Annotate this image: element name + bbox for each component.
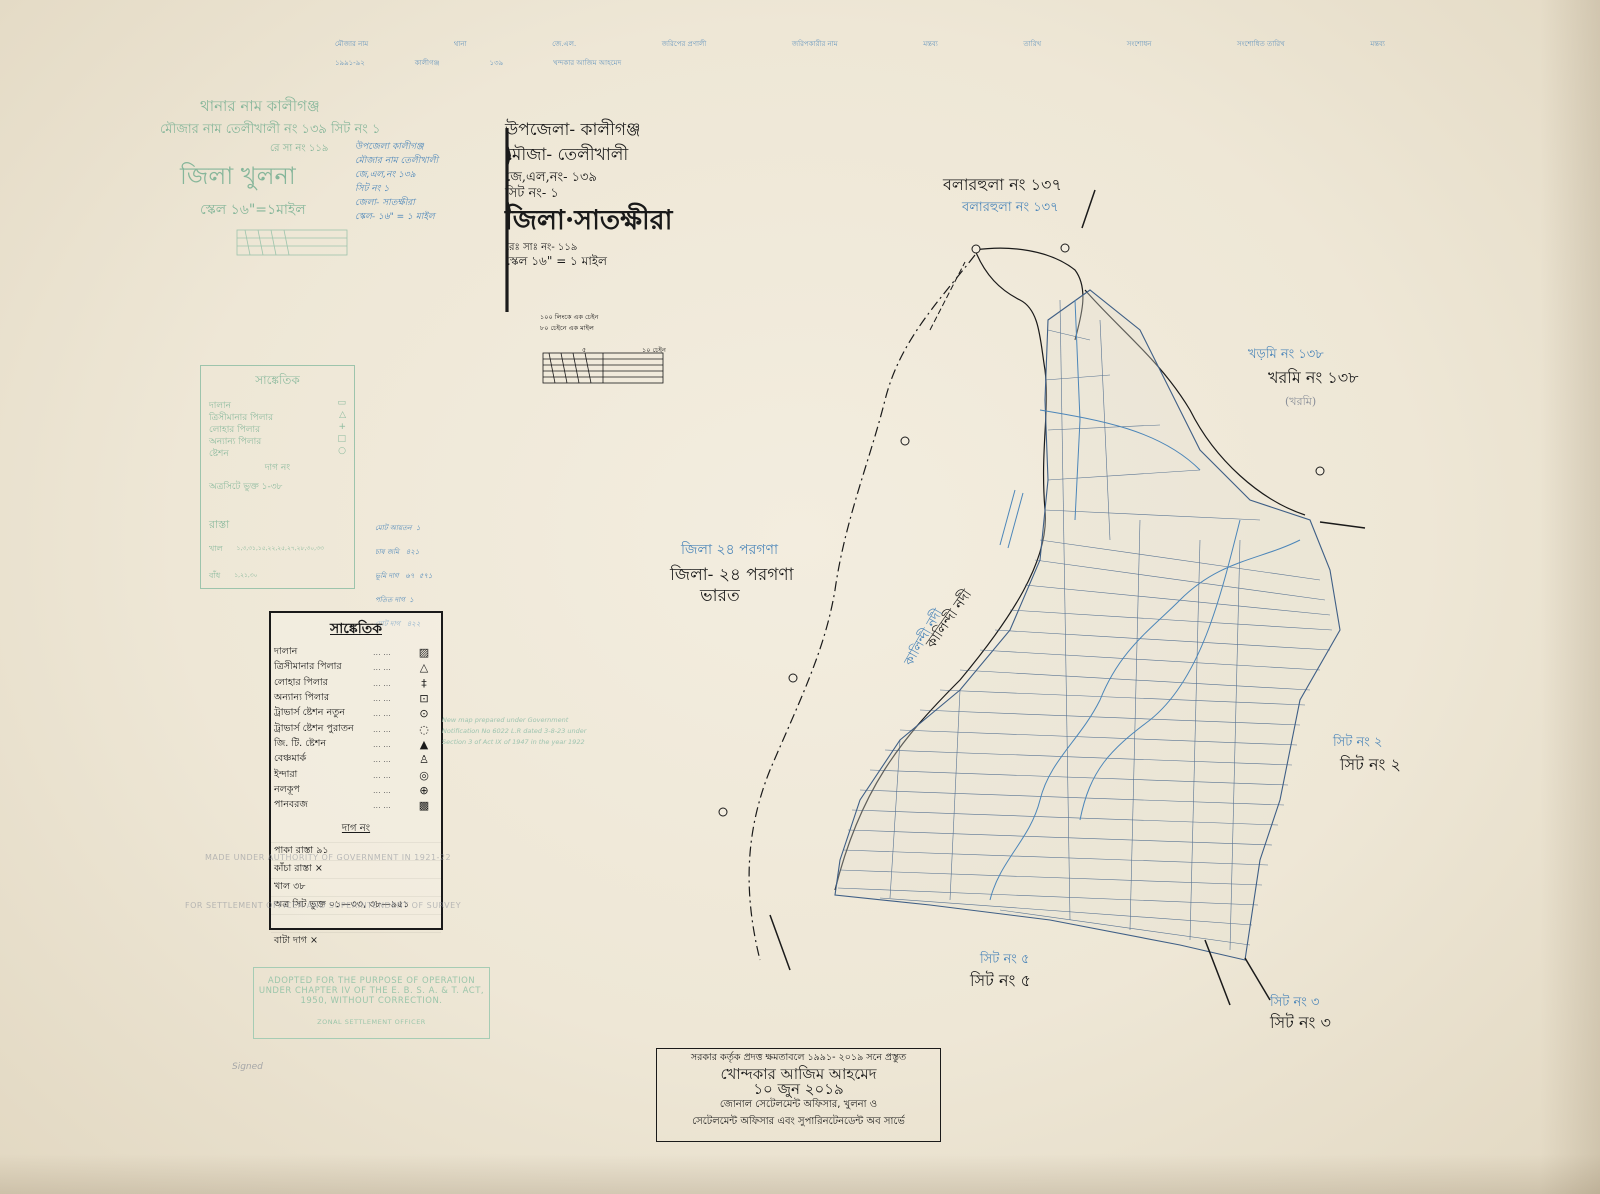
neighbor-north-label-blue: বলারহুলা নং ১৩৭ xyxy=(962,198,1059,219)
neighbor-se-label: সিট নং ৩ xyxy=(1270,1010,1331,1037)
certification-box: সরকার কর্তৃক প্রদত্ত ক্ষমতাবলে ১৯৯১- ২০১… xyxy=(656,1048,941,1142)
neighbor-country-label: ভারত xyxy=(700,583,740,611)
neighbor-south-label: সিট নং ৫ xyxy=(970,968,1031,995)
neighbor-ne-pencil: (খরমি) xyxy=(1285,393,1316,412)
cert-office-2: সেটেলমেন্ট অফিসার এবং সুপারিনটেনডেন্ট অব… xyxy=(657,1114,940,1131)
cert-office-1: জোনাল সেটেলমেন্ট অফিসার, খুলনা ও xyxy=(657,1097,940,1114)
neighbor-east-label-blue: সিট নং ২ xyxy=(1333,733,1382,754)
cert-date: ১০ জুন ২০১৯ xyxy=(657,1082,940,1097)
neighbor-ne-label: খরমি নং ১৩৮ xyxy=(1268,365,1359,392)
map-sheet: মৌজার নাম থানা জে.এল. জরিপের প্রণালী জরি… xyxy=(0,0,1600,1194)
scale-bar-grid xyxy=(543,353,663,383)
neighbor-ne-label-blue: খড়মি নং ১৩৮ xyxy=(1248,345,1324,366)
neighbor-west-label-blue: জিলা ২৪ পরগণা xyxy=(681,538,778,562)
neighbor-east-label: সিট নং ২ xyxy=(1340,752,1401,779)
cadastral-map-drawing xyxy=(0,0,1600,1194)
neighbor-north-label: বলারহুলা নং ১৩৭ xyxy=(943,172,1062,199)
cert-authority: সরকার কর্তৃক প্রদত্ত ক্ষমতাবলে ১৯৯১- ২০১… xyxy=(657,1051,940,1066)
